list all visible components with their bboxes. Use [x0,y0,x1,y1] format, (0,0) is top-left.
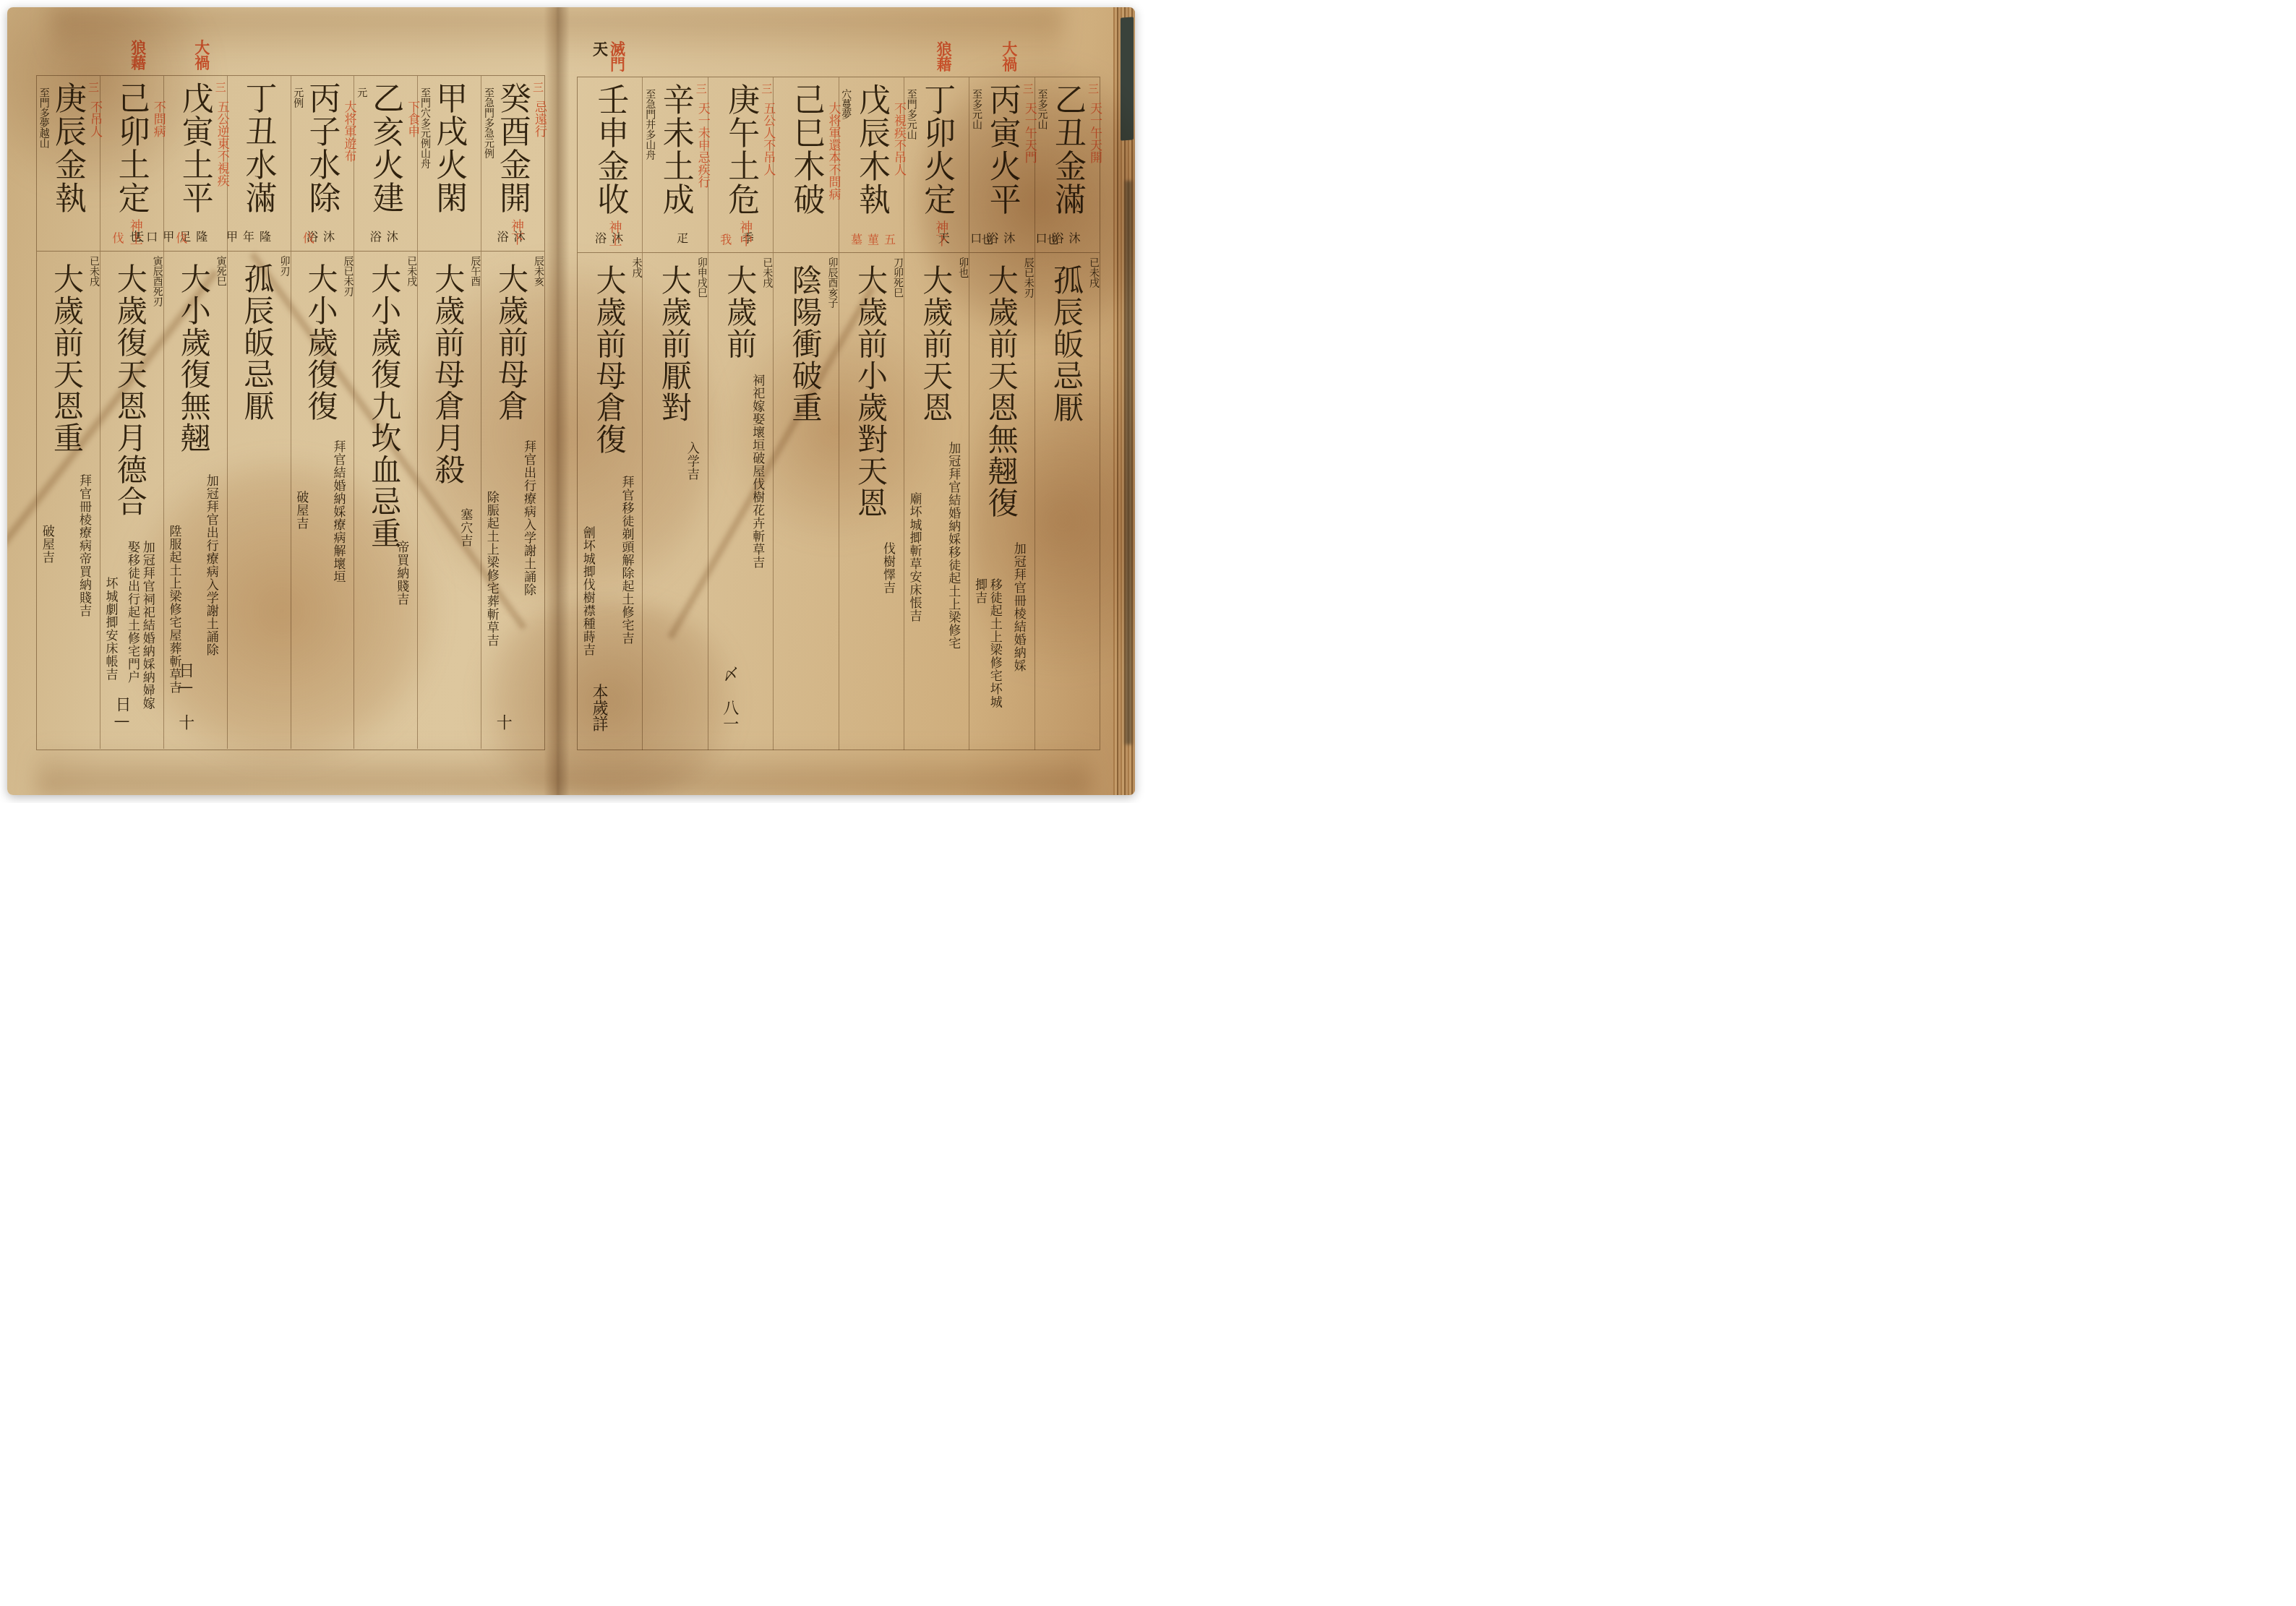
branch-head: 已未戌 [1088,257,1100,288]
margin-mark: 天 [591,41,607,56]
day-annotation: 神上 [604,220,623,246]
day-annotation: 至急門多急元例 [482,87,494,243]
margin-mark: 滅門 [609,41,625,72]
branch-head: 辰午酉 [469,256,481,286]
taboo-title: 大歲復天恩月德合 [113,263,147,518]
auspicious-list-right: 加冠拜官冊棱結婚納婇 [1011,542,1026,716]
day-annotation: 至多元山 [1036,89,1048,244]
day-column-right-5: 庚午土危三五公人不吊人季我神中 [708,77,773,252]
day-pillar-text: 癸酉金開 [494,82,530,215]
branch-head: 卯刃 [278,256,290,276]
day-column-right-7: 壬申金收沐浴神上滅門天 [578,77,642,252]
day-annotation: 伐 [109,232,126,244]
branch-head: 寅死巳 [215,256,227,286]
branch-head: 辰未亥 [533,256,544,286]
cover-edge-shadow [1125,181,1132,744]
auspicious-list-left: 除脤起土上梁修宅葬斬草吉 [484,491,499,714]
day-column-left-7: 庚辰金執三不吊人至門多夢越山 [37,76,100,251]
taboo-title: 大歲前母倉 [494,263,528,422]
day-annotation: 神下 [931,220,950,246]
day-annotation: 至門穴多元例山舟 [419,87,431,243]
day-column-right-2: 丁卯火定至門多元山天神下狼藉 [904,77,969,252]
taboo-column-left-1: 辰午酉大歲前母倉月殺塞穴吉 [417,252,481,749]
day-column-right-3: 戊辰木執不視疾不吊人穴蔓夢五菫墓 [839,77,904,252]
day-annotation: 至門多夢越山 [38,87,50,243]
branch-head: 卯也 [957,257,969,278]
taboo-title: 大小歲復無翹 [176,263,211,454]
page-foot-mark: 日— [111,696,133,730]
branch-head: 刀卯死巳 [892,257,904,298]
margin-mark: 大禍 [194,40,210,70]
open-book: 癸酉金開三忌遠行至急門多急元例沐浴神下甲戌火閑至門穴多元例山舟乙亥火建下食申元沐… [7,7,1135,795]
branch-head: 已未戌 [761,257,773,288]
margin-mark: 大禍 [1001,41,1017,72]
day-annotation: 大将軍遊布 [341,100,356,245]
auspicious-list-right: 塞穴吉 [457,508,472,714]
taboo-column-right-2: 卯也大歲前天恩加冠拜官結婚納婇移徒起土上梁修宅廟坏城揤斬草安床悵吉 [904,253,969,750]
taboo-title: 大小歲復九坎血忌重 [367,263,401,549]
margin-mark: 狼藉 [935,41,951,72]
margin-mark: 狼藉 [130,40,146,70]
taboo-title: 大歲前厭對 [657,265,692,424]
day-pillar-text: 丙子水除 [303,82,339,215]
taboo-column-right-0: 已未戌孤辰皈忌厭 [1035,253,1100,750]
taboo-title: 大歲前天恩 [918,265,953,424]
day-annotation: 下食申 [405,100,419,245]
auspicious-list-right: 加冠拜官出行療病入学謝土誦除 [203,474,218,714]
day-annotation: 也 [978,233,995,245]
day-annotation: 不吊人 [87,100,102,245]
branch-head: 已未戌 [406,256,417,286]
cover-edge [1121,17,1134,140]
day-annotation: 三 [213,82,228,93]
auspicious-list-right: 加冠拜官結婚納婇移徒起土上梁修宅 [946,442,961,716]
day-annotation: 不視疾不吊人 [891,102,906,246]
day-pillar-text: 己巳木破 [787,83,823,216]
day-annotation: 三 [86,82,101,93]
day-pillar-text: 己卯土定 [113,82,149,215]
day-annotation: 至門多元山 [905,89,917,244]
day-column-right-6: 辛未土成三天一未申忌疾行至急門井多山舟疋 [642,77,707,252]
day-pillar-text: 甲戌火閑 [430,82,466,215]
day-annotation: 五菫墓 [848,233,898,252]
right-taboo-row: 已未戌孤辰皈忌厭辰已未刃大歲前天恩無翹復加冠拜官冊棱結婚納婇移徒起土上梁修宅坏城… [578,253,1100,750]
day-annotation: 沐浴 [367,231,400,251]
page-foot-mark: 十 [492,714,514,730]
auspicious-list-left: 廟坏城揤斬草安床悵吉 [907,492,922,716]
auspicious-list-right: 拜官出行療病入学謝土誦除 [521,440,536,714]
day-column-right-0: 乙丑金滿三天一午天開至多元山沐浴口也 [1035,77,1100,252]
day-annotation: 不問病 [151,100,166,245]
auspicious-list-right: 入学吉 [684,442,699,716]
day-annotation: 三 [694,83,709,94]
day-annotation: 神上 [126,219,145,245]
page-foot-mark: 本歲詳 [588,684,610,731]
auspicious-list-right: 拜官冊棱療病帝買納賤吉 [76,474,91,714]
branch-head: 辰已未刃 [1023,257,1035,298]
branch-head: 卯辰酉亥子 [826,257,838,308]
left-page: 癸酉金開三忌遠行至急門多急元例沐浴神下甲戌火閑至門穴多元例山舟乙亥火建下食申元沐… [29,16,545,786]
day-pillar-text: 乙亥火建 [367,82,403,215]
auspicious-list-right: 祠祀嫁娶壞垣破屋伐樹花卉斬草吉 [749,374,764,716]
auspicious-list-right: 拜官結婚納婇療病解壞垣 [330,440,346,714]
day-annotation: 三 [759,83,774,94]
left-page-grid: 癸酉金開三忌遠行至急門多急元例沐浴神下甲戌火閑至門穴多元例山舟乙亥火建下食申元沐… [36,75,545,750]
day-annotation: 隆年甲 [223,231,273,251]
day-annotation: 五公逆東不視疾 [215,100,229,245]
day-annotation: 天一未申忌疾行 [695,102,710,246]
auspicious-list-right: 拜官移徒剃頭解除起土修宅吉 [619,476,634,716]
day-column-left-0: 癸酉金開三忌遠行至急門多急元例沐浴神下 [481,76,544,251]
page-foot-mark: 日— 十 [174,662,197,730]
auspicious-list-right: 帝買納賤吉 [394,541,409,714]
taboo-column-left-2: 已未戌大小歲復九坎血忌重帝買納賤吉 [354,252,417,749]
taboo-column-left-7: 已未戌大歲前天恩重拜官冊棱療病帝買納賤吉破屋吉 [37,252,100,749]
branch-head: 卯申戌巳 [696,257,708,298]
day-annotation: 三 [1086,83,1101,94]
taboo-column-left-3: 辰已未刃大小歲復復拜官結婚納婇療病解壞垣破屋吉 [291,252,354,749]
right-page-grid: 乙丑金滿三天一午天開至多元山沐浴口也丙寅火平三天一午天門至多元山沐浴口也大禍丁卯… [577,77,1100,750]
auspicious-list-left: 移徒起土上梁修宅坏城揤吉 [972,578,1001,716]
page-foot-mark: 〆 八一 [719,666,741,731]
taboo-column-right-3: 刀卯死巳大歲前小歲對天恩伐樹懌吉 [839,253,904,750]
taboo-column-right-5: 已未戌大歲前祠祀嫁娶壞垣破屋伐樹花卉斬草吉〆 八一 [708,253,773,750]
day-annotation: 疋 [674,232,690,244]
right-day-row: 乙丑金滿三天一午天開至多元山沐浴口也丙寅火平三天一午天門至多元山沐浴口也大禍丁卯… [578,77,1100,253]
taboo-title: 大歲前天恩重 [49,263,84,454]
day-column-right-1: 丙寅火平三天一午天門至多元山沐浴口也大禍 [969,77,1034,252]
left-taboo-row: 辰未亥大歲前母倉拜官出行療病入学謝土誦除除脤起土上梁修宅葬斬草吉十辰午酉大歲前母… [37,252,544,749]
taboo-title: 孤辰皈忌厭 [240,263,275,422]
day-annotation: 至急門井多山舟 [643,89,656,244]
day-column-left-6: 己卯土定不問病天伐神上狼藉 [100,76,163,251]
day-annotation: 元例 [292,87,304,243]
day-annotation: 至多元山 [970,89,982,244]
left-day-row: 癸酉金開三忌遠行至急門多急元例沐浴神下甲戌火閑至門穴多元例山舟乙亥火建下食申元沐… [37,76,544,252]
manuscript-photo: 癸酉金開三忌遠行至急門多急元例沐浴神下甲戌火閑至門穴多元例山舟乙亥火建下食申元沐… [0,0,1148,803]
day-column-left-1: 甲戌火閑至門穴多元例山舟 [417,76,481,251]
day-pillar-text: 戊辰木執 [853,83,889,216]
day-column-left-3: 丙子水除大将軍遊布元例沐浴伐 [291,76,354,251]
taboo-column-right-4: 卯辰酉亥子陰陽衝破重 [773,253,838,750]
day-pillar-text: 丁卯火定 [918,83,954,216]
day-annotation: 神中 [735,220,754,246]
taboo-column-left-6: 寅辰酉死刃大歲復天恩月德合加冠拜官祠祀結婚納婇納婦嫁娶移徒出行起土修宅門户坏城劇… [100,252,163,749]
day-annotation: 三 [531,82,546,93]
day-annotation: 伐 [300,232,317,244]
taboo-title: 陰陽衝破重 [788,265,823,424]
day-pillar-text: 庚辰金執 [49,82,85,215]
right-page: 乙丑金滿三天一午天開至多元山沐浴口也丙寅火平三天一午天門至多元山沐浴口也大禍丁卯… [565,16,1119,786]
day-annotation: 伐 [173,232,189,244]
day-annotation: 大将軍還本不問病 [826,102,840,246]
day-pillar-text: 戊寅土平 [176,82,212,215]
taboo-title: 大歲前母倉復 [592,265,627,455]
branch-head: 寅辰酉死刃 [152,256,163,306]
auspicious-list-right: 加冠拜官祠祀結婚納婇納婦嫁娶移徒出行起土修宅門户 [124,541,154,714]
taboo-title: 孤辰皈忌厭 [1049,265,1084,424]
day-annotation: 神下 [507,219,526,245]
day-column-right-4: 己巳木破大将軍還本不問病 [773,77,838,252]
taboo-title: 大歲前 [722,265,757,360]
taboo-title: 大小歲復復 [304,263,338,422]
auspicious-list-left: 坏城劇揤安床帳吉 [103,577,118,714]
day-pillar-text: 乙丑金滿 [1049,83,1085,216]
day-column-left-4: 丁丑水滿隆年甲 [227,76,291,251]
auspicious-list-left: 破屋吉 [294,491,309,714]
taboo-column-left-4: 卯刃孤辰皈忌厭 [227,252,291,749]
day-annotation: 我 [717,233,734,245]
day-column-left-5: 戊寅土平三五公逆東不視疾隆足甲口也伐大禍 [163,76,227,251]
day-pillar-text: 庚午土危 [722,83,758,216]
day-annotation: 天一午天開 [1087,102,1102,246]
day-annotation: 穴蔓夢 [840,89,852,244]
day-pillar-text: 丙寅火平 [983,83,1019,216]
branch-head: 已未戌 [88,256,100,286]
day-pillar-text: 辛未土成 [657,83,693,216]
taboo-column-left-5: 寅死巳大小歲復無翹加冠拜官出行療病入学謝土誦除陞服起土上梁修宅屋葬斬草吉日— 十 [163,252,227,749]
day-annotation: 天一午天門 [1022,102,1037,246]
day-pillar-text: 丁丑水滿 [239,82,275,215]
taboo-title: 大歲前母倉月殺 [430,263,465,486]
day-annotation: 五公人不吊人 [761,102,775,246]
branch-head: 未戌 [630,257,642,278]
taboo-column-right-1: 辰已未刃大歲前天恩無翹復加冠拜官冊棱結婚納婇移徒起土上梁修宅坏城揤吉 [969,253,1034,750]
taboo-title: 大歲前小歲對天恩 [853,265,888,519]
taboo-column-left-0: 辰未亥大歲前母倉拜官出行療病入学謝土誦除除脤起土上梁修宅葬斬草吉十 [481,252,544,749]
taboo-column-right-7: 未戌大歲前母倉復拜官移徒剃頭解除起土修宅吉劊坏城揤伐樹襟種蒔吉本歲詳 [578,253,642,750]
auspicious-list-left: 破屋吉 [39,525,54,714]
auspicious-list-right: 伐樹懌吉 [880,542,895,716]
day-annotation: 元 [355,87,367,243]
taboo-title: 大歲前天恩無翹復 [984,265,1019,519]
day-column-left-2: 乙亥火建下食申元沐浴 [354,76,417,251]
day-annotation: 三 [1021,83,1036,94]
taboo-column-right-6: 卯申戌巳大歲前厭對入学吉 [642,253,707,750]
branch-head: 辰已未刃 [342,256,354,296]
day-annotation: 忌遠行 [532,100,547,245]
day-annotation: 也 [1044,233,1061,245]
day-pillar-text: 壬申金收 [591,83,627,216]
